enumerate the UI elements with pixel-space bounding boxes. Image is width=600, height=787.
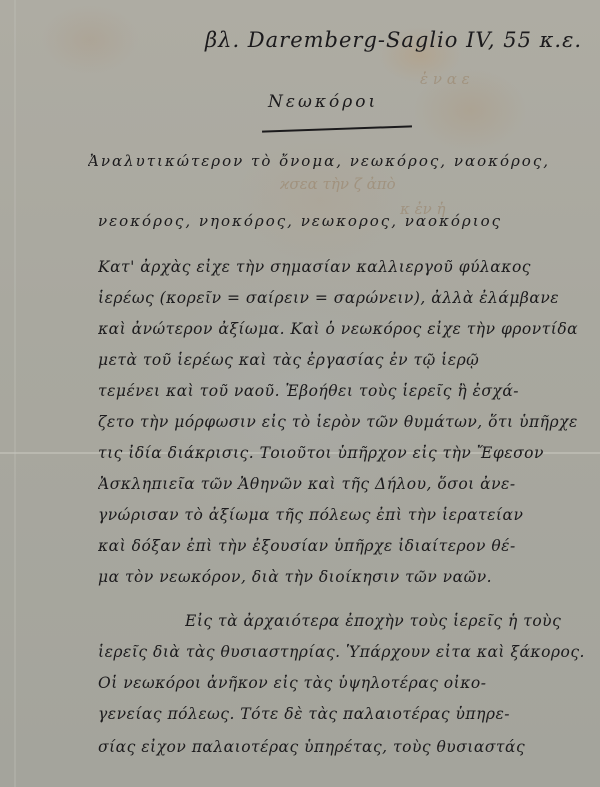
forms-line-1: Ἀναλυτικώτερον τὸ ὄνομα, νεωκόρος, ναοκό… xyxy=(88,152,588,170)
word-form: νεοκόρος xyxy=(98,212,185,230)
body-line: ἱερεῖς διὰ τὰς θυσιαστηρίας. Ὑπάρχουν εἶ… xyxy=(98,643,598,661)
ink-bleed-through: ἑ ν α ε xyxy=(420,70,470,88)
word-form: ναοκόριος xyxy=(405,212,502,230)
paper-fold-vertical xyxy=(14,0,16,787)
body-line: τις ἰδία διάκρισις. Τοιοῦτοι ὑπῆρχον εἰς… xyxy=(98,444,598,462)
reference-line: βλ. Daremberg-Saglio IV, 55 κ.ε. xyxy=(205,28,582,52)
body-line: καὶ δόξαν ἐπὶ τὴν ἐξουσίαν ὑπῆρχε ἰδιαίτ… xyxy=(98,537,598,555)
ink-bleed-through: ϰσεα τὴν ζ ἀπὸ xyxy=(280,175,396,193)
title-underline xyxy=(262,125,412,132)
manuscript-page: ἑ ν α ε ϰσεα τὴν ζ ἀπὸ κ ἐν ἡ βλ. Daremb… xyxy=(0,0,600,787)
word-form: νεωκορος xyxy=(301,212,392,230)
body-line: καὶ ἀνώτερον ἀξίωμα. Καὶ ὁ νεωκόρος εἶχε… xyxy=(98,320,598,338)
body-line: Οἱ νεωκόροι ἀνῆκον εἰς τὰς ὑψηλοτέρας οἰ… xyxy=(98,674,598,692)
body-line: γενείας πόλεως. Τότε δὲ τὰς παλαιοτέρας … xyxy=(98,705,598,723)
page-title: Νεωκόροι xyxy=(268,92,378,112)
word-form: νεωκόρος xyxy=(350,152,441,170)
word-form: νηοκόρος xyxy=(199,212,287,230)
body-line: μα τὸν νεωκόρον, διὰ τὴν διοίκησιν τῶν ν… xyxy=(98,568,598,586)
body-line: Εἰς τὰ ἀρχαιότερα ἐποχὴν τοὺς ἱερεῖς ἡ τ… xyxy=(185,612,595,630)
body-line: μετὰ τοῦ ἱερέως καὶ τὰς ἐργασίας ἐν τῷ ἱ… xyxy=(98,351,598,369)
body-line: Ἀσκληπιεῖα τῶν Ἀθηνῶν καὶ τῆς Δήλου, ὅσο… xyxy=(98,475,598,493)
word-form: ναοκόρος xyxy=(454,152,543,170)
body-line: σίας εἶχον παλαιοτέρας ὑπηρέτας, τοὺς θυ… xyxy=(98,738,598,756)
forms-intro: Ἀναλυτικώτερον τὸ ὄνομα xyxy=(88,152,336,170)
body-line: ζετο τὴν μόρφωσιν εἰς τὸ ἱερὸν τῶν θυμάτ… xyxy=(98,413,598,431)
body-line: ἱερέως (κορεῖν = σαίρειν = σαρώνειν), ἀλ… xyxy=(98,289,598,307)
body-line: τεμένει καὶ τοῦ ναοῦ. Ἐβοήθει τοὺς ἱερεῖ… xyxy=(98,382,598,400)
body-line: Κατ' ἀρχὰς εἶχε τὴν σημασίαν καλλιεργοῦ … xyxy=(98,258,598,276)
body-line: γνώρισαν τὸ ἀξίωμα τῆς πόλεως ἐπὶ τὴν ἱε… xyxy=(98,506,598,524)
forms-line-2: νεοκόρος, νηοκόρος, νεωκορος, ναοκόριος xyxy=(98,212,598,230)
